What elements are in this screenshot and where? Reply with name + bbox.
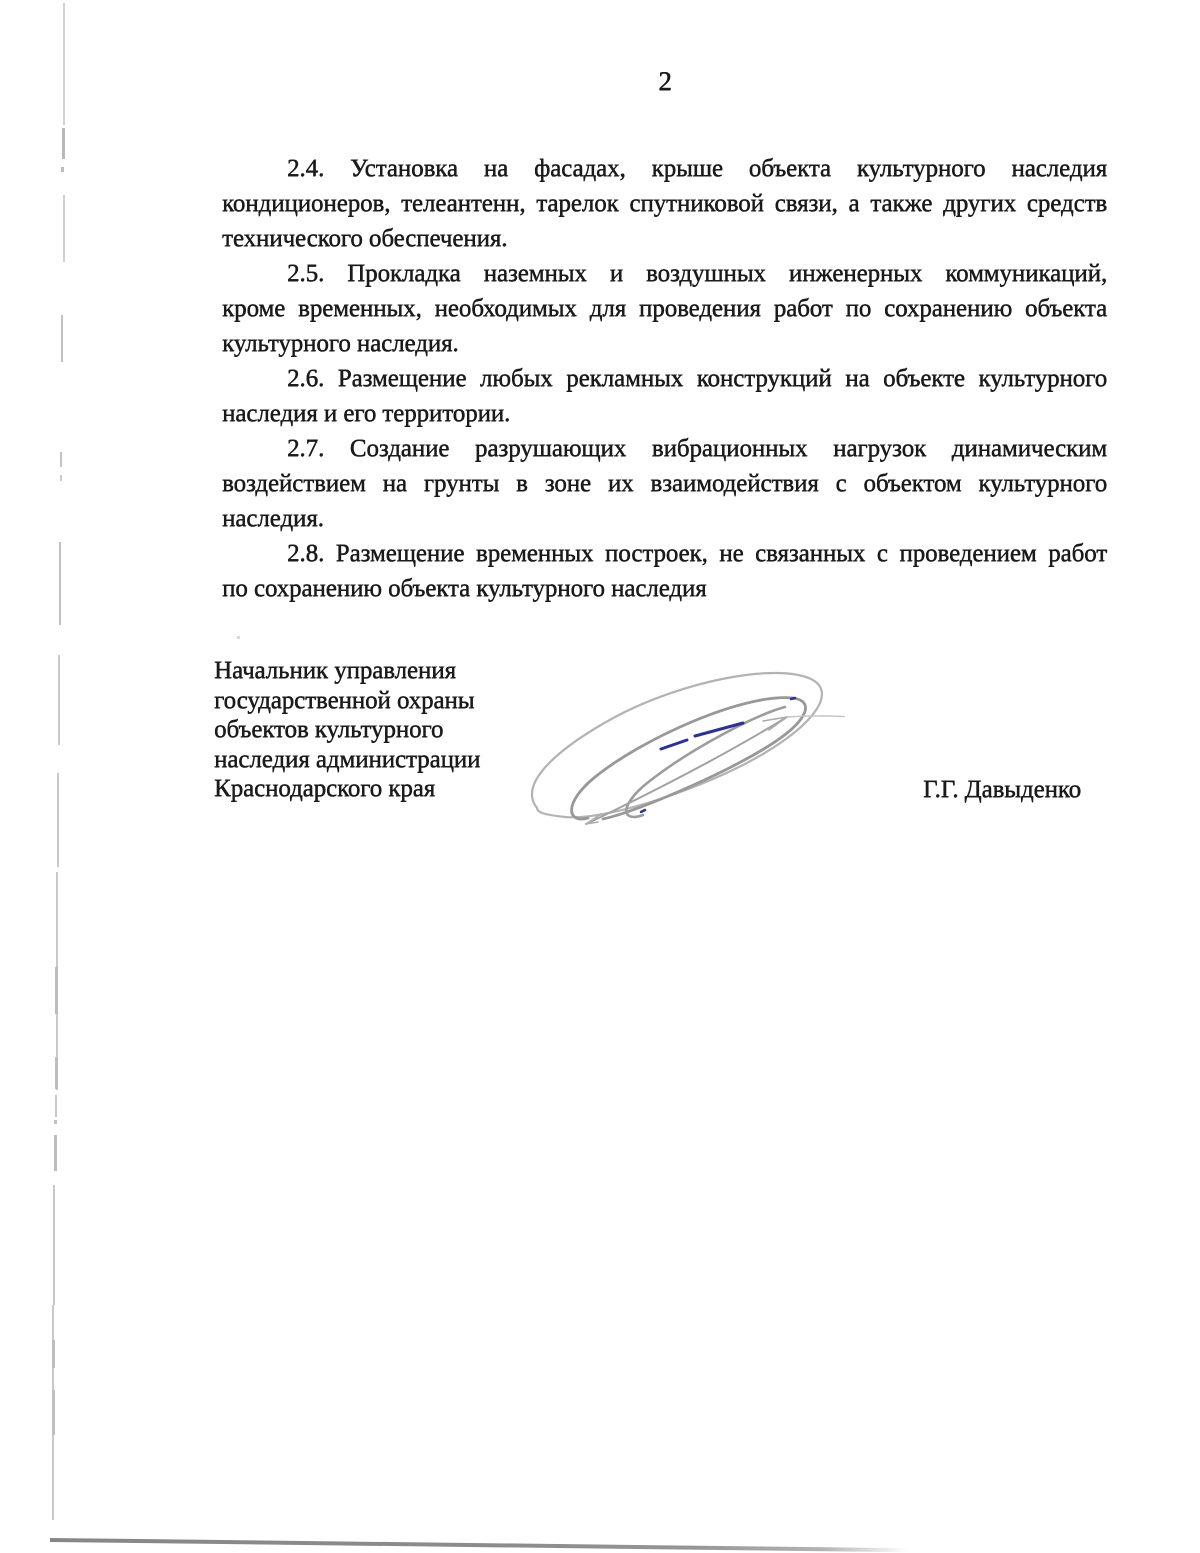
scan-artifact-line [54, 1135, 57, 1171]
signature-title-line: объектов культурного [214, 715, 544, 745]
signature-title-block: Начальник управлениягосударственной охра… [214, 656, 544, 804]
text-line: воздействием на грунты в зоне их взаимод… [222, 466, 1107, 501]
signature-title-line: Краснодарского края [214, 774, 544, 804]
paragraph: 2.5. Прокладка наземных и воздушных инже… [222, 256, 1107, 361]
text-line: 2.8. Размещение временных построек, не с… [222, 536, 1107, 571]
scan-artifact-line [57, 773, 59, 867]
scan-artifact-line [63, 195, 65, 262]
scan-artifact-line [54, 1120, 57, 1124]
signer-name: Г.Г. Давыденко [923, 775, 1081, 804]
scan-artifact-line [55, 1057, 58, 1089]
signature-title-line: Начальник управления [214, 656, 544, 686]
signature-title-line: государственной охраны [214, 686, 544, 716]
text-line: кроме временных, необходимых для проведе… [222, 291, 1107, 326]
text-line: 2.7. Создание разрушающих вибрационных н… [222, 431, 1107, 466]
page-number: 2 [635, 66, 695, 97]
text-line: кондиционеров, телеантенн, тарелок спутн… [222, 186, 1107, 221]
scan-artifact-line [52, 1390, 55, 1435]
text-line: наследия. [222, 501, 1107, 536]
text-line: культурного наследия. [222, 326, 1107, 361]
scan-artifact-line [53, 1185, 55, 1305]
document-page: 2 2.4. Установка на фасадах, крыше объек… [0, 0, 1200, 1553]
scan-artifact-line [237, 636, 240, 639]
scan-artifact-line [61, 167, 64, 172]
text-line: 2.4. Установка на фасадах, крыше объекта… [222, 151, 1107, 186]
text-line: наследия и его территории. [222, 396, 1107, 431]
document-body: 2.4. Установка на фасадах, крыше объекта… [222, 151, 1107, 606]
paragraph: 2.6. Размещение любых рекламных конструк… [222, 361, 1107, 431]
scan-artifact-line [52, 1340, 55, 1368]
text-line: технического обеспечения. [222, 221, 1107, 256]
text-line: 2.6. Размещение любых рекламных конструк… [222, 361, 1107, 396]
scan-artifact-line [63, 3, 65, 125]
scan-artifact-line [58, 655, 60, 745]
scan-artifact-line [60, 475, 62, 481]
paragraph: 2.7. Создание разрушающих вибрационных н… [222, 431, 1107, 536]
scan-artifact-line [61, 315, 63, 362]
text-line: 2.5. Прокладка наземных и воздушных инже… [222, 256, 1107, 291]
scan-artifact-line [55, 1095, 57, 1117]
text-line: по сохранению объекта культурного наслед… [222, 571, 1107, 606]
scan-artifact-bottom-line [50, 1538, 908, 1552]
paragraph: 2.4. Установка на фасадах, крыше объекта… [222, 151, 1107, 256]
scan-artifact-line [59, 542, 61, 625]
scan-artifact-line [55, 967, 58, 1014]
signature-title-line: наследия администрации [214, 745, 544, 775]
paragraph: 2.8. Размещение временных построек, не с… [222, 536, 1107, 606]
scan-artifact-line [60, 452, 62, 467]
handwritten-signature-icon [515, 665, 845, 840]
scan-artifact-line [62, 128, 65, 159]
